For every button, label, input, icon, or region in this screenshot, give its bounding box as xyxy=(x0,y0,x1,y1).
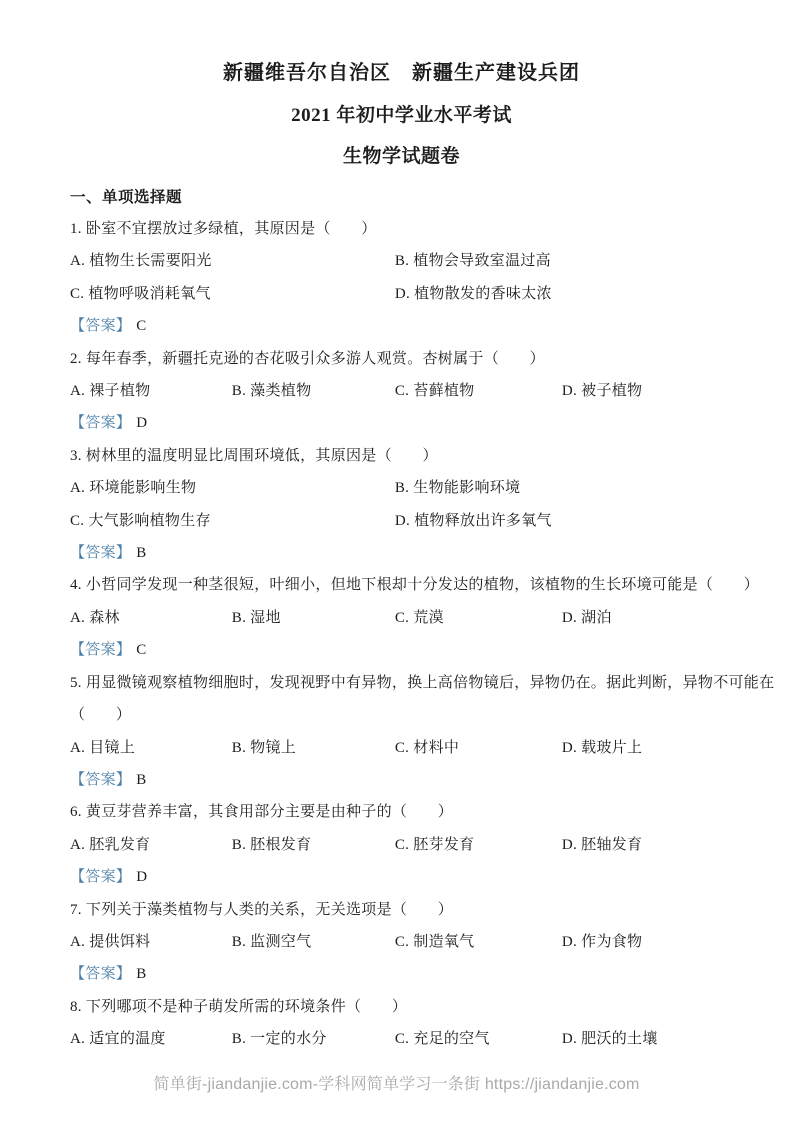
option-row: A. 裸子植物B. 藻类植物C. 苔藓植物D. 被子植物 xyxy=(70,375,733,407)
question-text-line: 7. 下列关于藻类植物与人类的关系，无关选项是（ ） xyxy=(70,894,733,926)
option-b: B. 监测空气 xyxy=(232,926,395,958)
option-b: B. 生物能影响环境 xyxy=(395,472,733,504)
option-row: A. 环境能影响生物B. 生物能影响环境 xyxy=(70,472,733,504)
question-text: 1. 卧室不宜摆放过多绿植，其原因是（ ） xyxy=(70,213,733,245)
answer-line: 【答案】B xyxy=(70,764,733,796)
answer-label: 【答案】 xyxy=(70,869,131,885)
questions-list: 1. 卧室不宜摆放过多绿植，其原因是（ ） A. 植物生长需要阳光B. 植物会导… xyxy=(70,213,733,1056)
option-c: C. 荒漠 xyxy=(395,602,562,634)
option-c: C. 充足的空气 xyxy=(395,1023,562,1055)
question-text: 8. 下列哪项不是种子萌发所需的环境条件（ ） xyxy=(70,991,733,1023)
answer-label: 【答案】 xyxy=(70,772,131,788)
option-a: A. 裸子植物 xyxy=(70,375,232,407)
option-row: A. 森林B. 湿地C. 荒漠D. 湖泊 xyxy=(70,602,733,634)
answer-letter: B xyxy=(136,966,146,982)
option-a: A. 目镜上 xyxy=(70,732,232,764)
document-title-line3: 生物学试题卷 xyxy=(70,143,733,171)
option-row: C. 大气影响植物生存D. 植物释放出许多氧气 xyxy=(70,505,733,537)
answer-line: 【答案】B xyxy=(70,537,733,569)
option-row: A. 适宜的温度B. 一定的水分C. 充足的空气D. 肥沃的土壤 xyxy=(70,1023,733,1055)
question-options: A. 裸子植物B. 藻类植物C. 苔藓植物D. 被子植物 xyxy=(70,375,733,407)
question-text-line: 2. 每年春季，新疆托克逊的杏花吸引众多游人观赏。杏树属于（ ） xyxy=(70,343,733,375)
question-block: 6. 黄豆芽营养丰富，其食用部分主要是由种子的（ ） A. 胚乳发育B. 胚根发… xyxy=(70,796,733,893)
question-text: 7. 下列关于藻类植物与人类的关系，无关选项是（ ） xyxy=(70,894,733,926)
answer-letter: B xyxy=(136,772,146,788)
answer-label: 【答案】 xyxy=(70,966,131,982)
question-block: 1. 卧室不宜摆放过多绿植，其原因是（ ） A. 植物生长需要阳光B. 植物会导… xyxy=(70,213,733,343)
option-a: A. 适宜的温度 xyxy=(70,1023,232,1055)
question-options: A. 提供饵料B. 监测空气C. 制造氧气D. 作为食物 xyxy=(70,926,733,958)
exam-document-page: 新疆维吾尔自治区 新疆生产建设兵团 2021 年初中学业水平考试 生物学试题卷 … xyxy=(0,0,793,1122)
option-row: A. 胚乳发育B. 胚根发育C. 胚芽发育D. 胚轴发育 xyxy=(70,829,733,861)
option-row: A. 植物生长需要阳光B. 植物会导致室温过高 xyxy=(70,245,733,277)
answer-label: 【答案】 xyxy=(70,415,131,431)
option-b: B. 湿地 xyxy=(232,602,395,634)
option-row: A. 提供饵料B. 监测空气C. 制造氧气D. 作为食物 xyxy=(70,926,733,958)
option-d: D. 胚轴发育 xyxy=(562,829,733,861)
answer-label: 【答案】 xyxy=(70,318,131,334)
option-d: D. 作为食物 xyxy=(562,926,733,958)
answer-line: 【答案】C xyxy=(70,634,733,666)
option-b: B. 藻类植物 xyxy=(232,375,395,407)
question-block: 3. 树林里的温度明显比周围环境低，其原因是（ ） A. 环境能影响生物B. 生… xyxy=(70,440,733,570)
option-row: C. 植物呼吸消耗氧气D. 植物散发的香味太浓 xyxy=(70,278,733,310)
option-b: B. 一定的水分 xyxy=(232,1023,395,1055)
answer-letter: D xyxy=(136,415,147,431)
option-d: D. 植物散发的香味太浓 xyxy=(395,278,733,310)
document-title-line2: 2021 年初中学业水平考试 xyxy=(70,102,733,130)
option-c: C. 制造氧气 xyxy=(395,926,562,958)
question-options: A. 森林B. 湿地C. 荒漠D. 湖泊 xyxy=(70,602,733,634)
question-text: 6. 黄豆芽营养丰富，其食用部分主要是由种子的（ ） xyxy=(70,796,733,828)
question-block: 2. 每年春季，新疆托克逊的杏花吸引众多游人观赏。杏树属于（ ） A. 裸子植物… xyxy=(70,343,733,440)
option-a: A. 提供饵料 xyxy=(70,926,232,958)
option-d: D. 载玻片上 xyxy=(562,732,733,764)
question-options: A. 环境能影响生物B. 生物能影响环境C. 大气影响植物生存D. 植物释放出许… xyxy=(70,472,733,537)
answer-letter: C xyxy=(136,642,146,658)
answer-letter: C xyxy=(136,318,146,334)
answer-label: 【答案】 xyxy=(70,642,131,658)
option-d: D. 肥沃的土壤 xyxy=(562,1023,733,1055)
question-block: 5. 用显微镜观察植物细胞时，发现视野中有异物，换上高倍物镜后，异物仍在。据此判… xyxy=(70,667,733,797)
question-text: 2. 每年春季，新疆托克逊的杏花吸引众多游人观赏。杏树属于（ ） xyxy=(70,343,733,375)
option-c: C. 大气影响植物生存 xyxy=(70,505,395,537)
question-text-line: 1. 卧室不宜摆放过多绿植，其原因是（ ） xyxy=(70,213,733,245)
question-text-line: 4. 小哲同学发现一种茎很短，叶细小，但地下根却十分发达的植物，该植物的生长环境… xyxy=(70,569,733,601)
option-d: D. 植物释放出许多氧气 xyxy=(395,505,733,537)
option-b: B. 物镜上 xyxy=(232,732,395,764)
question-text-line: 6. 黄豆芽营养丰富，其食用部分主要是由种子的（ ） xyxy=(70,796,733,828)
question-text: 4. 小哲同学发现一种茎很短，叶细小，但地下根却十分发达的植物，该植物的生长环境… xyxy=(70,569,733,601)
question-options: A. 适宜的温度B. 一定的水分C. 充足的空气D. 肥沃的土壤 xyxy=(70,1023,733,1055)
question-text-line: 5. 用显微镜观察植物细胞时，发现视野中有异物，换上高倍物镜后，异物仍在。据此判… xyxy=(70,667,733,699)
option-c: C. 胚芽发育 xyxy=(395,829,562,861)
question-text-line: 3. 树林里的温度明显比周围环境低，其原因是（ ） xyxy=(70,440,733,472)
question-text: 5. 用显微镜观察植物细胞时，发现视野中有异物，换上高倍物镜后，异物仍在。据此判… xyxy=(70,667,733,732)
question-options: A. 目镜上B. 物镜上C. 材料中D. 载玻片上 xyxy=(70,732,733,764)
question-text-line: （ ） xyxy=(70,699,733,731)
answer-line: 【答案】D xyxy=(70,407,733,439)
option-b: B. 胚根发育 xyxy=(232,829,395,861)
option-d: D. 湖泊 xyxy=(562,602,733,634)
option-c: C. 材料中 xyxy=(395,732,562,764)
option-a: A. 环境能影响生物 xyxy=(70,472,395,504)
document-content: 新疆维吾尔自治区 新疆生产建设兵团 2021 年初中学业水平考试 生物学试题卷 … xyxy=(0,0,793,1056)
answer-line: 【答案】D xyxy=(70,861,733,893)
question-block: 4. 小哲同学发现一种茎很短，叶细小，但地下根却十分发达的植物，该植物的生长环境… xyxy=(70,569,733,666)
option-row: A. 目镜上B. 物镜上C. 材料中D. 载玻片上 xyxy=(70,732,733,764)
document-title-line1: 新疆维吾尔自治区 新疆生产建设兵团 xyxy=(70,58,733,88)
option-a: A. 植物生长需要阳光 xyxy=(70,245,395,277)
question-block: 7. 下列关于藻类植物与人类的关系，无关选项是（ ） A. 提供饵料B. 监测空… xyxy=(70,894,733,991)
question-block: 8. 下列哪项不是种子萌发所需的环境条件（ ） A. 适宜的温度B. 一定的水分… xyxy=(70,991,733,1056)
question-options: A. 植物生长需要阳光B. 植物会导致室温过高C. 植物呼吸消耗氧气D. 植物散… xyxy=(70,245,733,310)
option-b: B. 植物会导致室温过高 xyxy=(395,245,733,277)
option-c: C. 植物呼吸消耗氧气 xyxy=(70,278,395,310)
footer-watermark: 简单街-jiandanjie.com-学科网简单学习一条街 https://ji… xyxy=(0,1071,793,1094)
document-header: 新疆维吾尔自治区 新疆生产建设兵团 2021 年初中学业水平考试 生物学试题卷 xyxy=(70,58,733,171)
answer-line: 【答案】C xyxy=(70,310,733,342)
option-a: A. 森林 xyxy=(70,602,232,634)
answer-line: 【答案】B xyxy=(70,958,733,990)
answer-label: 【答案】 xyxy=(70,545,131,561)
question-options: A. 胚乳发育B. 胚根发育C. 胚芽发育D. 胚轴发育 xyxy=(70,829,733,861)
section-heading: 一、单项选择题 xyxy=(70,186,733,210)
answer-letter: D xyxy=(136,869,147,885)
answer-letter: B xyxy=(136,545,146,561)
option-a: A. 胚乳发育 xyxy=(70,829,232,861)
option-c: C. 苔藓植物 xyxy=(395,375,562,407)
option-d: D. 被子植物 xyxy=(562,375,733,407)
question-text: 3. 树林里的温度明显比周围环境低，其原因是（ ） xyxy=(70,440,733,472)
question-text-line: 8. 下列哪项不是种子萌发所需的环境条件（ ） xyxy=(70,991,733,1023)
